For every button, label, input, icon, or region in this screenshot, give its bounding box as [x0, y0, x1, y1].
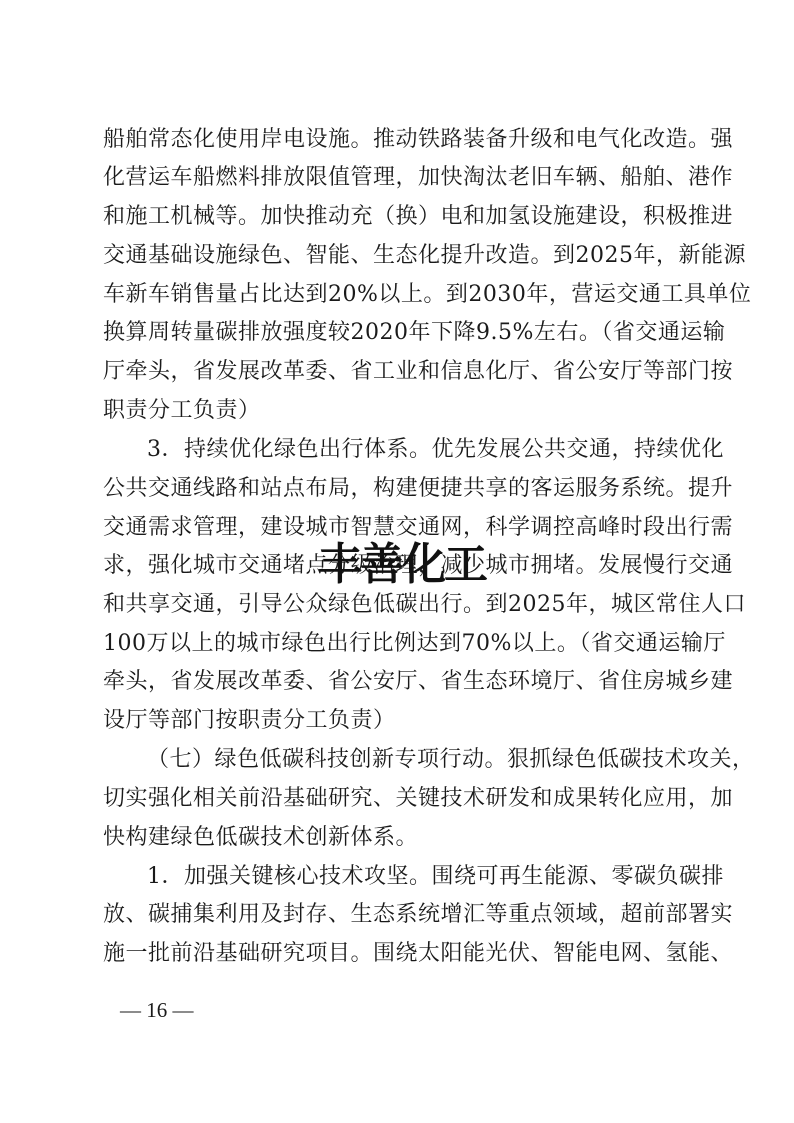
body-line: 职责分工负责） [103, 392, 697, 430]
body-line: 和共享交通，引导公众绿色低碳出行。到2025年，城区常住人口 [103, 586, 697, 624]
body-line: 切实强化相关前沿基础研究、关键技术研发和成果转化应用，加 [103, 780, 697, 818]
body-line: 化营运车船燃料排放限值管理，加快淘汰老旧车辆、船舶、港作 [103, 159, 697, 197]
page-number: — 16 — [120, 996, 194, 1024]
body-line: 厅牵头，省发展改革委、省工业和信息化厅、省公安厅等部门按 [103, 353, 697, 391]
body-line: 设厅等部门按职责分工负责） [103, 702, 697, 740]
body-line: 快构建绿色低碳技术创新体系。 [103, 819, 697, 857]
body-line: 公共交通线路和站点布局，构建便捷共享的客运服务系统。提升 [103, 470, 697, 508]
body-line: 施一批前沿基础研究项目。围绕太阳能光伏、智能电网、氢能、 [103, 935, 697, 973]
body-line: 车新车销售量占比达到20%以上。到2030年，营运交通工具单位 [103, 276, 697, 314]
watermark: 丰善化工 [318, 540, 486, 590]
body-line: 和施工机械等。加快推动充（换）电和加氢设施建设，积极推进 [103, 198, 697, 236]
section-heading-line: 1．加强关键核心技术攻坚。围绕可再生能源、零碳负碳排 [147, 858, 697, 896]
body-line: 交通基础设施绿色、智能、生态化提升改造。到2025年，新能源 [103, 237, 697, 275]
body-line: 换算周转量碳排放强度较2020年下降9.5%左右。（省交通运输 [103, 314, 697, 352]
section-heading-line: （七）绿色低碳科技创新专项行动。狠抓绿色低碳技术攻关， [147, 741, 697, 779]
body-line: 牵头，省发展改革委、省公安厅、省生态环境厅、省住房城乡建 [103, 663, 697, 701]
body-line: 船舶常态化使用岸电设施。推动铁路装备升级和电气化改造。强 [103, 121, 697, 159]
body-line: 100万以上的城市绿色出行比例达到70%以上。（省交通运输厅 [103, 625, 697, 663]
section-heading-line: 3．持续优化绿色出行体系。优先发展公共交通，持续优化 [147, 431, 697, 469]
body-line: 放、碳捕集利用及封存、生态系统增汇等重点领域，超前部署实 [103, 896, 697, 934]
document-page: 船舶常态化使用岸电设施。推动铁路装备升级和电气化改造。强 化营运车船燃料排放限值… [0, 0, 794, 1123]
